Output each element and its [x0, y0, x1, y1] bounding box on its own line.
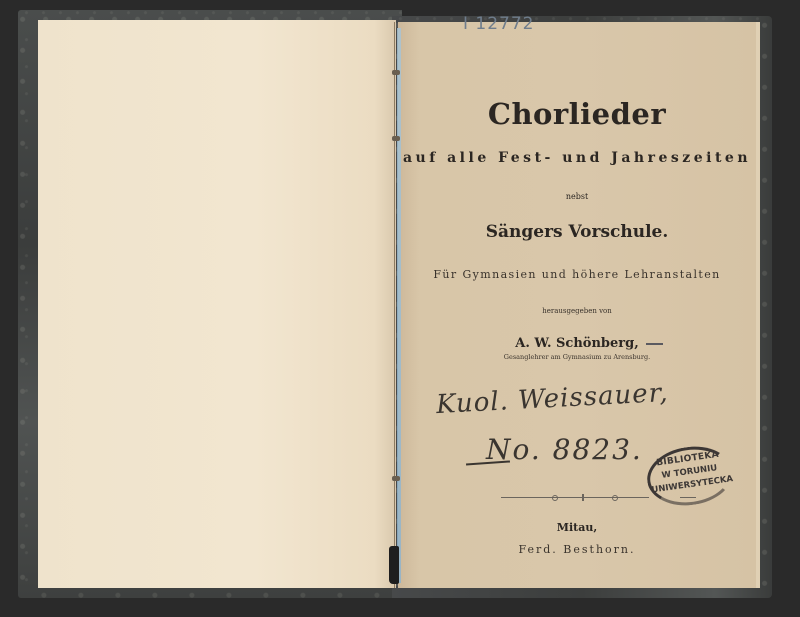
publisher: Ferd. Besthorn. [398, 543, 756, 556]
page-edge [756, 22, 760, 588]
publication-place: Mitau, [398, 521, 756, 534]
left-page-blank [38, 20, 396, 588]
scan-background: I 12772 Chorlieder auf alle Fest- und Ja… [0, 0, 800, 617]
ornamental-rule [501, 497, 649, 498]
call-number: I 12772 [463, 14, 535, 34]
binding-stitch [392, 476, 400, 481]
binding-stitch [392, 70, 400, 75]
book-subtitle: auf alle Fest- und Jahreszeiten [398, 150, 756, 166]
ornament-dot [552, 495, 558, 501]
book-title: Chorlieder [398, 97, 756, 131]
binding-stitch [392, 136, 400, 141]
author-name: A. W. Schönberg, [398, 336, 756, 351]
ornament-tail [680, 497, 696, 498]
connector-text: nebst [398, 192, 756, 201]
second-work-title: Sängers Vorschule. [398, 222, 756, 242]
gutter [394, 22, 395, 588]
ornament-center [582, 494, 584, 501]
ornament-dot [612, 495, 618, 501]
author-role: Gesanglehrer am Gymnasium zu Arensburg. [398, 353, 756, 361]
audience-line: Für Gymnasien und höhere Lehranstalten [398, 268, 756, 281]
editor-intro: herausgegeben von [398, 307, 756, 315]
pencil-dash [646, 343, 663, 345]
